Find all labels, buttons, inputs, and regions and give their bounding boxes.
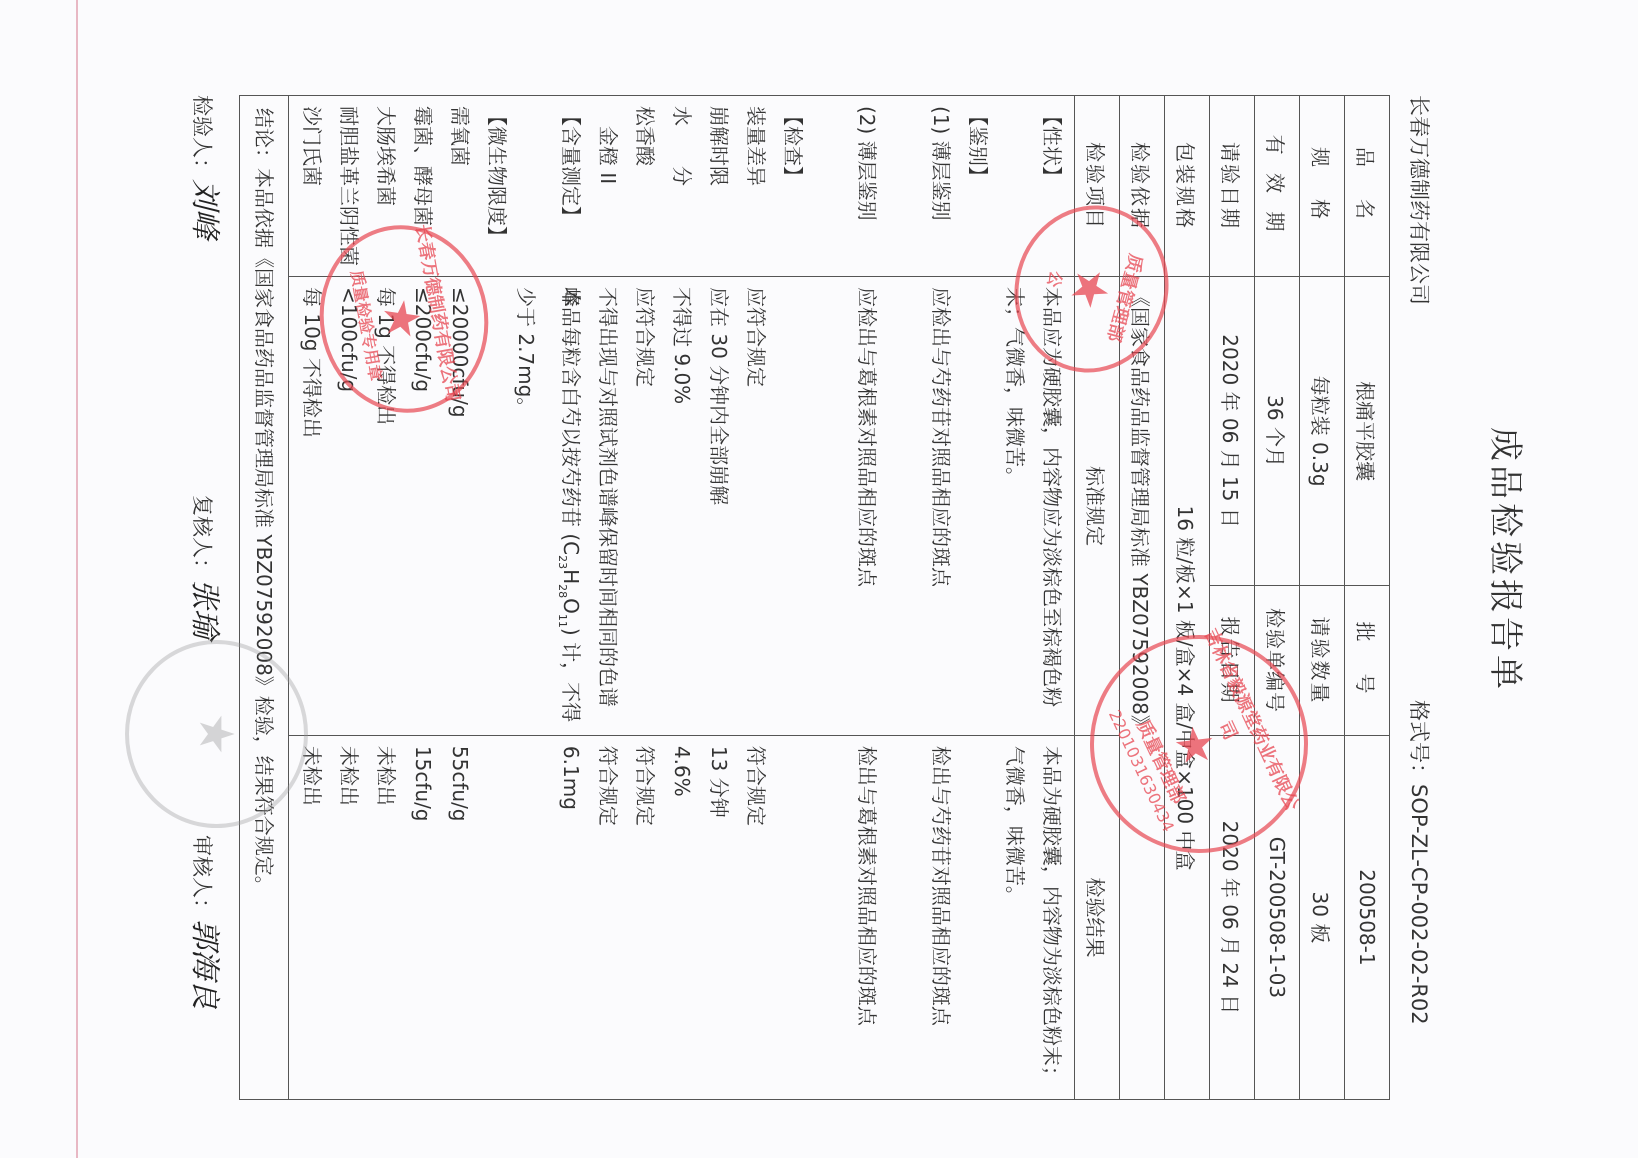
test-item-name: 【检查】: [774, 106, 811, 266]
row-spec: 规 格 每粒装 0.3g 请验数量 30 板: [1300, 96, 1345, 1100]
test-item-standard: 应检出与葛根素对照品相应的斑点: [811, 287, 885, 725]
test-item-result: 未检出: [330, 746, 367, 1089]
test-item-name: 金橙 II: [589, 106, 626, 266]
form-number: 格式号：SOP-ZL-CP-002-02-R02: [1405, 700, 1435, 1025]
shelf-life-label: 有 效 期: [1255, 96, 1300, 277]
report-table: 品 名 根痛平胶囊 批 号 200508-1 规 格 每粒装 0.3g 请验数量…: [239, 95, 1390, 1100]
test-item-name: 大肠埃希菌: [367, 106, 404, 266]
request-qty-value: 30 板: [1300, 735, 1345, 1099]
reviewer-name: 张瑜: [187, 579, 222, 639]
test-item-result: 13 分钟: [700, 746, 737, 1089]
inspector-label: 检验人：: [190, 95, 214, 179]
test-item-result: 未检出: [293, 746, 330, 1089]
test-item-name: 松香酸: [626, 106, 663, 266]
test-item-standard: 本品应为硬胶囊，内容物应为淡棕色至棕褐色粉末；气微香，味微苦。: [996, 287, 1070, 725]
basis-value: 《国家食品药品监督管理局标准 YBZ07592008》: [1120, 277, 1165, 1100]
inspector-name: 刘峰: [187, 179, 222, 239]
spec-value: 每粒装 0.3g: [1300, 277, 1345, 586]
test-item-result: [478, 746, 515, 1089]
test-item-standard: 每 10g 不得检出: [293, 287, 330, 725]
test-item-name: 需氧菌: [441, 106, 478, 266]
row-conclusion: 结论：本品依据《国家食品药品监督管理局标准 YBZ07592008》检验，结果符…: [240, 96, 289, 1100]
items-column: 【性状】【鉴别】(1) 薄层鉴别(2) 薄层鉴别【检查】装量差异崩解时限水 分松…: [289, 96, 1075, 277]
test-item-standard: 不得出现与对照试剂色谱峰保留时间相同的色谱峰: [589, 287, 626, 725]
test-item-standard: <100cfu/g: [330, 287, 367, 725]
reviewer-signature: 复核人：张瑜: [186, 495, 230, 639]
form-number-value: SOP-ZL-CP-002-02-R02: [1407, 784, 1431, 1025]
col-header-result: 检验结果: [1075, 735, 1120, 1099]
row-column-headers: 检验项目 标准规定 检验结果: [1075, 96, 1120, 1100]
test-item-standard: [774, 287, 811, 725]
test-item-standard: 应符合规定: [737, 287, 774, 725]
test-item-result: 检出与芍药苷对照品相应的斑点: [885, 746, 959, 1089]
test-item-standard: ≤20000cfu/g: [441, 287, 478, 725]
row-test-items: 【性状】【鉴别】(1) 薄层鉴别(2) 薄层鉴别【检查】装量差异崩解时限水 分松…: [289, 96, 1075, 1100]
test-item-name: 沙门氏菌: [293, 106, 330, 266]
conclusion-text: 结论：本品依据《国家食品药品监督管理局标准 YBZ07592008》检验，结果符…: [240, 96, 289, 1100]
test-item-result: 6.1mg: [515, 746, 589, 1089]
standards-column: 本品应为硬胶囊，内容物应为淡棕色至棕褐色粉末；气微香，味微苦。应检出与芍药苷对照…: [289, 277, 1075, 736]
star-icon: ★: [193, 712, 241, 755]
row-shelf-life: 有 效 期 36 个月 检验单编号 GT-200508-1-03: [1255, 96, 1300, 1100]
request-qty-label: 请验数量: [1300, 586, 1345, 736]
spec-label: 规 格: [1300, 96, 1345, 277]
test-item-standard: 每 1g 不得检出: [367, 287, 404, 725]
test-item-result: 符合规定: [737, 746, 774, 1089]
row-packaging: 包装规格 16 粒/板×1 板/盒×4 盒/中盒×100 中盒: [1165, 96, 1210, 1100]
test-item-name: 【鉴别】: [959, 106, 996, 266]
scan-edge-line: [76, 0, 78, 1158]
test-item-standard: 应检出与芍药苷对照品相应的斑点: [885, 287, 959, 725]
batch-value: 200508-1: [1345, 735, 1390, 1099]
inspection-report-page: 成品检验报告单 长春万德制药有限公司 格式号：SOP-ZL-CP-002-02-…: [0, 0, 1638, 1158]
test-item-name: (2) 薄层鉴别: [811, 106, 885, 266]
results-column: 本品为硬胶囊，内容物为淡棕色粉末；气微香，味微苦。检出与芍药苷对照品相应的斑点检…: [289, 735, 1075, 1099]
col-header-standard: 标准规定: [1075, 277, 1120, 736]
test-item-name: 【性状】: [996, 106, 1070, 266]
request-date-value: 2020 年 06 月 15 日: [1210, 277, 1255, 586]
test-item-name: 水 分: [663, 106, 700, 266]
batch-label: 批 号: [1345, 586, 1390, 736]
test-item-result: 4.6%: [663, 746, 700, 1089]
test-item-result: 55cfu/g: [441, 746, 478, 1089]
test-item-name: 霉菌、酵母菌: [404, 106, 441, 266]
test-item-result: 检出与葛根素对照品相应的斑点: [811, 746, 885, 1089]
form-number-label: 格式号：: [1407, 700, 1431, 784]
approver-label: 审核人：: [190, 835, 214, 919]
row-product-name: 品 名 根痛平胶囊 批 号 200508-1: [1345, 96, 1390, 1100]
reviewer-label: 复核人：: [190, 495, 214, 579]
test-item-standard: 本品每粒含白芍以按芍药苷 (C23H28O11) 计，不得少于 2.7mg。: [515, 287, 589, 725]
test-item-standard: ≤200cfu/g: [404, 287, 441, 725]
approver-signature: 审核人：郭海良: [186, 835, 230, 1009]
inspection-no-label: 检验单编号: [1255, 586, 1300, 736]
test-item-name: 崩解时限: [700, 106, 737, 266]
basis-label: 检验依据: [1120, 96, 1165, 277]
test-item-result: 15cfu/g: [404, 746, 441, 1089]
report-title: 成品检验报告单: [1484, 340, 1533, 780]
shelf-life-value: 36 个月: [1255, 277, 1300, 586]
row-request-date: 请验日期 2020 年 06 月 15 日 报告日期 2020 年 06 月 2…: [1210, 96, 1255, 1100]
report-date-value: 2020 年 06 月 24 日: [1210, 735, 1255, 1099]
packaging-label: 包装规格: [1165, 96, 1210, 277]
approver-name: 郭海良: [187, 919, 222, 1009]
test-item-standard: 应在 30 分钟内全部崩解: [700, 287, 737, 725]
test-item-standard: 应符合规定: [626, 287, 663, 725]
test-item-standard: 不得过 9.0%: [663, 287, 700, 725]
test-item-name: 【微生物限度】: [478, 106, 515, 266]
test-item-result: 未检出: [367, 746, 404, 1089]
test-item-name: 装量差异: [737, 106, 774, 266]
packaging-value: 16 粒/板×1 板/盒×4 盒/中盒×100 中盒: [1165, 277, 1210, 1100]
test-item-name: (1) 薄层鉴别: [885, 106, 959, 266]
test-item-name: 【含量测定】: [515, 106, 589, 266]
request-date-label: 请验日期: [1210, 96, 1255, 277]
inspection-no-value: GT-200508-1-03: [1255, 735, 1300, 1099]
row-basis: 检验依据 《国家食品药品监督管理局标准 YBZ07592008》: [1120, 96, 1165, 1100]
test-item-result: 符合规定: [626, 746, 663, 1089]
product-name-label: 品 名: [1345, 96, 1390, 277]
test-item-name: 耐胆盐革兰阴性菌: [330, 106, 367, 266]
test-item-result: [774, 746, 811, 1089]
test-item-standard: [959, 287, 996, 725]
product-name-value: 根痛平胶囊: [1345, 277, 1390, 586]
test-item-result: [959, 746, 996, 1089]
test-item-result: 本品为硬胶囊，内容物为淡棕色粉末；气微香，味微苦。: [996, 746, 1070, 1089]
company-name: 长春万德制药有限公司: [1405, 95, 1435, 305]
report-date-label: 报告日期: [1210, 586, 1255, 736]
test-item-result: 符合规定: [589, 746, 626, 1089]
inspector-signature: 检验人：刘峰: [186, 95, 230, 239]
col-header-item: 检验项目: [1075, 96, 1120, 277]
